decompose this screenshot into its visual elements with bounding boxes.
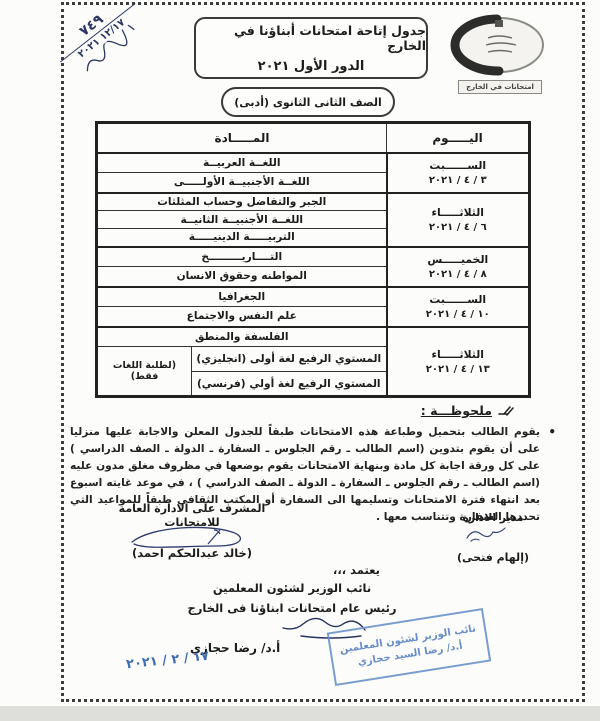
day-date: ١٣ / ٤ / ٢٠٢١ [390, 364, 527, 375]
exam-round: الدور الأول ٢٠٢١ [258, 59, 365, 74]
day-date: ١٠ / ٤ / ٢٠٢١ [390, 309, 527, 320]
bullet-icon: • [548, 424, 556, 441]
document-title: جدول إتاحة امتحانات أبناؤنا في الخارج [196, 23, 426, 53]
day-name: الخميـــــس [390, 253, 527, 266]
document-title-box: جدول إتاحة امتحانات أبناؤنا في الخارج ال… [194, 17, 428, 79]
supervisor-signature-block: المشرف على الادارة العامة للامتحانات (خا… [92, 502, 292, 560]
deputy-titles: نائب الوزير لشئون المعلمين رئيس عام امتح… [178, 581, 406, 615]
day-name: الســــــبت [390, 159, 527, 172]
table-header-row: اليـــــوم المـــــادة [97, 123, 530, 153]
director-signature-block: مدير الادارة (إلهام فتحى) [436, 511, 550, 564]
director-name: (إلهام فتحى) [436, 551, 550, 564]
day-date: ٦ / ٤ / ٢٠٢١ [390, 222, 527, 233]
subject-cell: المواطنه وحقوق الانسان [97, 267, 387, 287]
subject-cell: الجبر والتفاضل وحساب المثلثات [97, 193, 387, 211]
subject-cell: الفلسفة والمنطق [97, 327, 387, 347]
day-name: الثلاثـــــاء [390, 348, 527, 361]
day-name: الســــــبت [390, 293, 527, 306]
director-title: مدير الادارة [436, 511, 550, 524]
day-column-header: اليـــــوم [387, 123, 530, 153]
table-row: الثلاثـــــاء ١٣ / ٤ / ٢٠٢١ الفلسفة والم… [97, 327, 530, 347]
director-signature [461, 524, 525, 546]
day-cell: الثلاثـــــاء ١٣ / ٤ / ٢٠٢١ [387, 327, 530, 397]
subject-cell: التــــاريـــــــــخ [97, 247, 387, 267]
subject-column-header: المـــــادة [97, 123, 387, 153]
subject-cell: اللغــة الأجنبيــة الثانيــة [97, 211, 387, 229]
note-heading-row: ملحوظـــة : [70, 403, 514, 418]
subject-cell: اللغــة العربيــة [97, 153, 387, 173]
deputy-title-1: نائب الوزير لشئون المعلمين [178, 581, 406, 595]
day-cell: الثلاثـــــاء ٦ / ٤ / ٢٠٢١ [387, 193, 530, 247]
day-name: الثلاثـــــاء [390, 206, 527, 219]
scanned-document: ٧٤٩ ١٢/١٧ ٢٠٢١ امتحانات في الخارج جدول إ… [0, 0, 600, 721]
note-heading: ملحوظـــة : [421, 403, 492, 418]
table-row: الســــــبت ٣ / ٤ / ٢٠٢١ اللغــة العربيـ… [97, 153, 530, 173]
logo-caption: امتحانات في الخارج [458, 80, 542, 94]
note-arrow-icon [498, 405, 514, 417]
subject-cell: الجغرافيا [97, 287, 387, 307]
day-cell: الســــــبت ١٠ / ٤ / ٢٠٢١ [387, 287, 530, 327]
day-cell: الســــــبت ٣ / ٤ / ٢٠٢١ [387, 153, 530, 193]
exam-schedule-table: اليـــــوم المـــــادة الســــــبت ٣ / ٤… [95, 121, 531, 398]
table-row: الخميـــــس ٨ / ٤ / ٢٠٢١ التــــاريـــــ… [97, 247, 530, 267]
subject-cell: المستوي الرفيع لغة أولى (انجليزي) [192, 347, 387, 372]
subject-cell: المستوي الرفيع لغة أولي (فرنسي) [192, 372, 387, 397]
ministry-logo-icon [450, 14, 548, 78]
languages-only-note: (لطلبة اللغات فقط) [97, 347, 192, 397]
subject-cell: علم النفس والاجتماع [97, 307, 387, 327]
day-cell: الخميـــــس ٨ / ٤ / ٢٠٢١ [387, 247, 530, 287]
approval-text: يعتمد ،،، [333, 563, 380, 577]
grade-badge: الصف الثانى الثانوى (أدبى) [221, 87, 395, 117]
table-row: الثلاثـــــاء ٦ / ٤ / ٢٠٢١ الجبر والتفاض… [97, 193, 530, 211]
subject-cell: اللغــة الأجنبيــة الأولـــــى [97, 173, 387, 193]
day-date: ٣ / ٤ / ٢٠٢١ [390, 175, 527, 186]
subject-cell: التربيـــــة الدينيـــــة [97, 229, 387, 247]
table-row: الســــــبت ١٠ / ٤ / ٢٠٢١ الجغرافيا [97, 287, 530, 307]
day-date: ٨ / ٤ / ٢٠٢١ [390, 269, 527, 280]
